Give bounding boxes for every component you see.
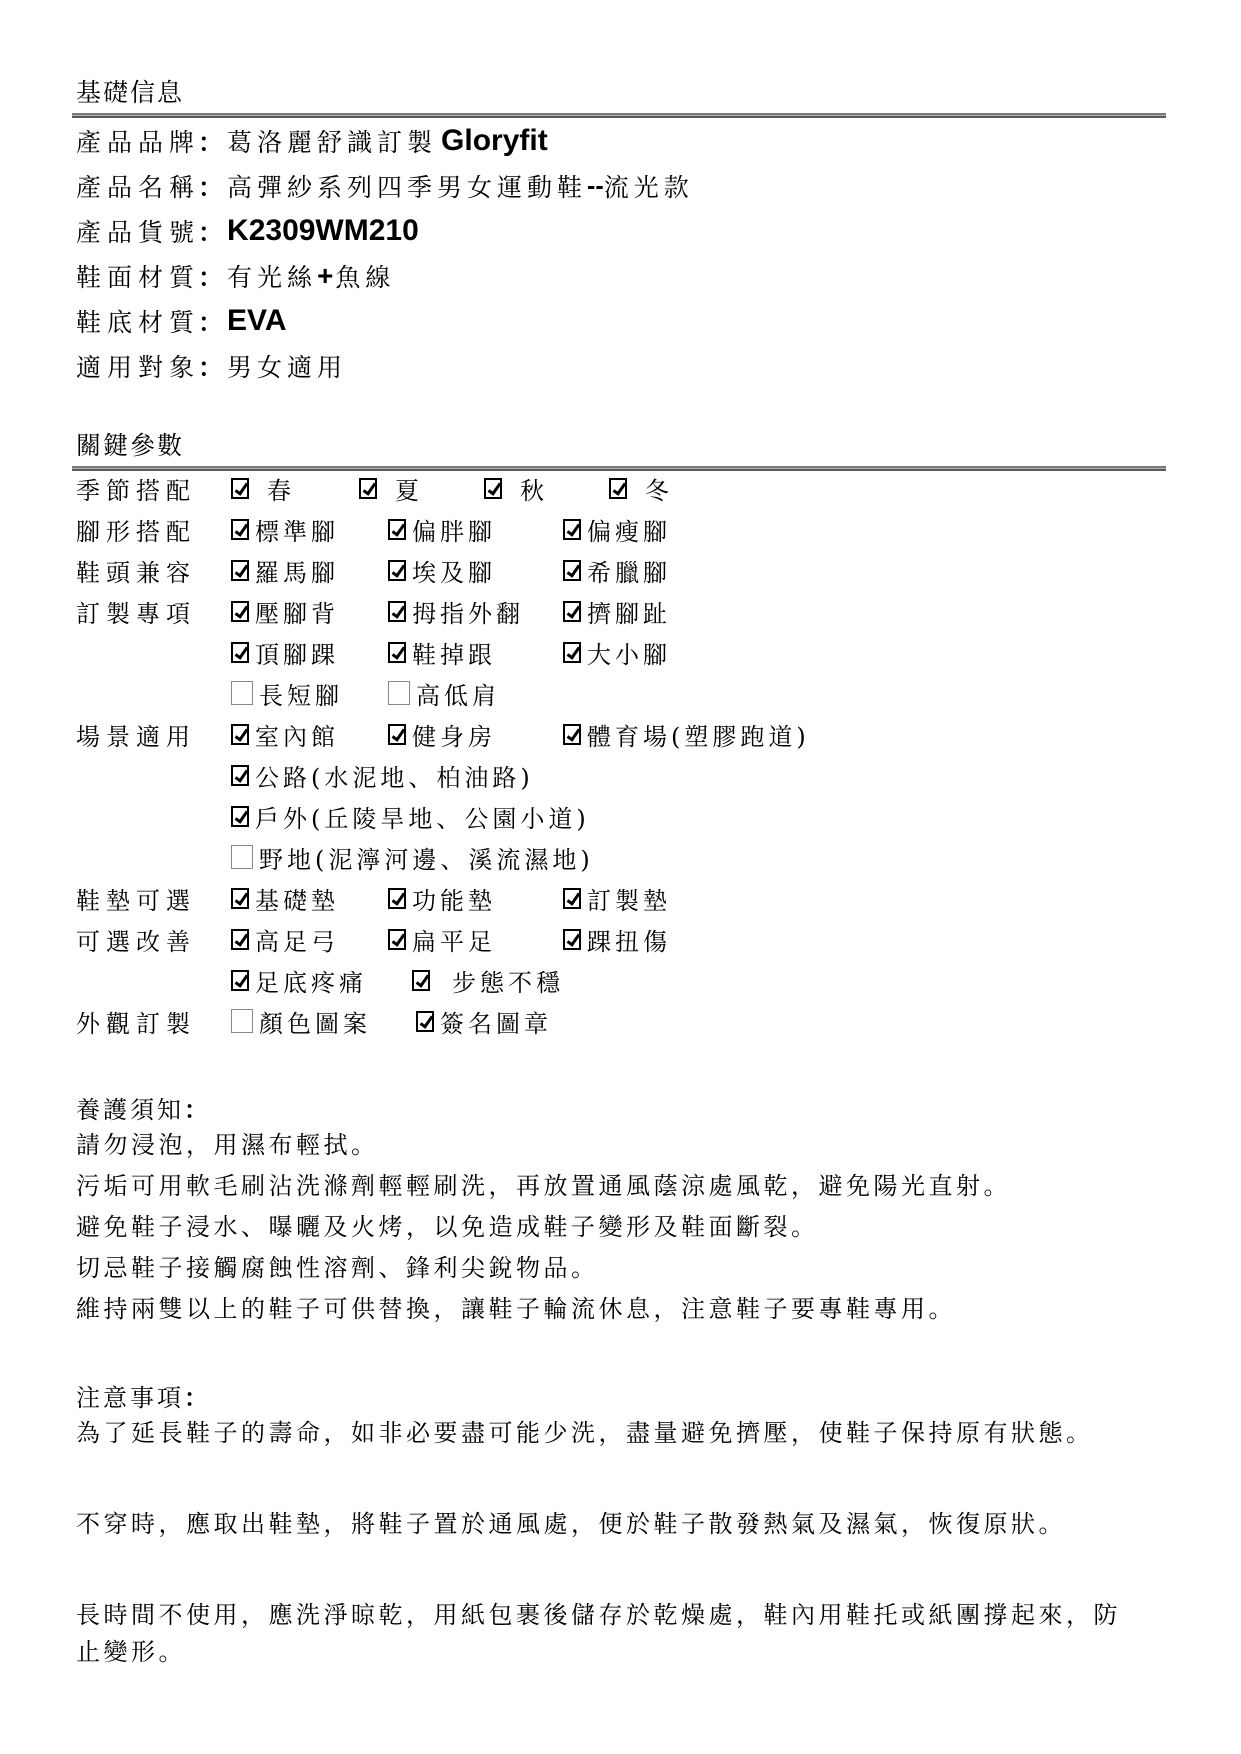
basic-info-title: 基礎信息 [76,78,184,108]
param-option-label: 壓腳背 [255,594,339,629]
info-row-target: 適用對象 ： 男女適用 [76,348,347,384]
param-option-label: 冬 [645,471,673,506]
param-option-label: 高足弓 [255,922,339,957]
param-option-label: 偏瘦腳 [587,512,671,547]
checkbox-checked-icon[interactable] [388,642,406,663]
care-paragraph: 避免鞋子浸水、曝曬及火烤，以免造成鞋子變形及鞋面斷裂。 [76,1209,1166,1246]
param-option[interactable]: 健身房 [388,717,496,752]
param-option-label: 頂腳踝 [255,635,339,670]
param-option-label: 鞋掉跟 [412,635,496,670]
param-option[interactable]: 步態不穩 [412,963,564,998]
checkbox-checked-icon[interactable] [609,478,627,499]
checkbox-checked-icon[interactable] [388,519,406,540]
sku-value: K2309WM210 [227,214,419,248]
checkbox-checked-icon[interactable] [412,970,430,991]
param-option[interactable]: 羅馬腳 [231,553,339,588]
notes-title-colon: ： [184,1384,211,1412]
param-option[interactable]: 埃及腳 [388,553,496,588]
param-option-label: 室內館 [255,717,339,752]
param-option[interactable]: 功能墊 [388,881,496,916]
param-label: 外觀訂製 [76,1004,206,1039]
checkbox-checked-icon[interactable] [388,888,406,909]
param-option[interactable]: 室內館 [231,717,339,752]
param-option[interactable]: 標準腳 [231,512,339,547]
param-option-label: 大小腳 [587,635,671,670]
param-option[interactable]: 春 [231,471,295,506]
param-option[interactable]: 高足弓 [231,922,339,957]
param-option-label: 顏色圖案 [259,1004,371,1039]
param-option-label: 基礎墊 [255,881,339,916]
info-colon: ： [198,168,223,204]
care-title-text: 養護須知 [76,1096,184,1124]
param-option[interactable]: 偏胖腳 [388,512,496,547]
param-option-label: 訂製墊 [587,881,671,916]
info-dash: -- [587,172,604,201]
param-option-label: 擠腳趾 [587,594,671,629]
checkbox-checked-icon[interactable] [388,929,406,950]
checkbox-checked-icon[interactable] [563,560,581,581]
param-option-label: 踝扭傷 [587,922,671,957]
info-label: 產品貨號 [76,213,200,249]
checkbox-unchecked-icon[interactable] [231,1009,253,1033]
param-option[interactable]: 夏 [359,471,423,506]
checkbox-checked-icon[interactable] [231,724,249,745]
param-option[interactable]: 訂製墊 [563,881,671,916]
checkbox-checked-icon[interactable] [231,560,249,581]
checkbox-unchecked-icon[interactable] [388,681,410,705]
checkbox-checked-icon[interactable] [231,929,249,950]
param-option-label: 足底疼痛 [255,963,367,998]
param-option[interactable]: 拇指外翻 [388,594,524,629]
param-option[interactable]: 冬 [609,471,673,506]
param-option-label: 高低肩 [416,676,500,711]
param-option-label: 扁平足 [412,922,496,957]
param-label: 腳形搭配 [76,512,206,547]
checkbox-unchecked-icon[interactable] [231,681,253,705]
key-params-title: 關鍵參數 [76,431,184,461]
param-label: 可選改善 [76,922,206,957]
checkbox-checked-icon[interactable] [359,478,377,499]
checkbox-checked-icon[interactable] [563,642,581,663]
param-option[interactable]: 大小腳 [563,635,671,670]
param-option[interactable]: 公路(水泥地、柏油路) [231,758,534,793]
param-option[interactable]: 希臘腳 [563,553,671,588]
param-label: 季節搭配 [76,471,206,506]
checkbox-checked-icon[interactable] [563,724,581,745]
info-row-brand: 產品品牌 ： 葛洛麗舒識訂製 Gloryfit [76,123,548,159]
param-option-label: 秋 [520,471,548,506]
checkbox-checked-icon[interactable] [231,888,249,909]
param-option-label: 步態不穩 [452,963,564,998]
param-label: 鞋頭兼容 [76,553,206,588]
param-option[interactable]: 踝扭傷 [563,922,671,957]
param-option[interactable]: 野地(泥濘河邊、溪流濕地) [231,840,594,875]
param-option[interactable]: 鞋掉跟 [388,635,496,670]
checkbox-checked-icon[interactable] [563,888,581,909]
param-option-label: 簽名圖章 [440,1004,552,1039]
param-option-label: 偏胖腳 [412,512,496,547]
param-label: 鞋墊可選 [76,881,206,916]
checkbox-checked-icon[interactable] [484,478,502,499]
checkbox-checked-icon[interactable] [563,929,581,950]
param-option[interactable]: 偏瘦腳 [563,512,671,547]
info-value: 男女適用 [227,348,347,384]
brand-name-latin: Gloryfit [441,124,548,158]
info-value-tail: 流光款 [604,168,694,204]
notes-paragraph: 為了延長鞋子的壽命，如非必要盡可能少洗，盡量避免擠壓，使鞋子保持原有狀態。 [76,1415,1136,1452]
param-option-label: 長短腳 [259,676,343,711]
care-paragraph: 切忌鞋子接觸腐蝕性溶劑、鋒利尖銳物品。 [76,1250,1166,1287]
checkbox-checked-icon[interactable] [231,765,249,786]
checkbox-checked-icon[interactable] [416,1011,434,1032]
info-row-sku: 產品貨號 ： K2309WM210 [76,213,419,249]
info-colon: ： [198,213,223,249]
checkbox-checked-icon[interactable] [231,478,249,499]
param-option-label: 標準腳 [255,512,339,547]
checkbox-unchecked-icon[interactable] [231,845,253,869]
care-paragraph: 維持兩雙以上的鞋子可供替換，讓鞋子輪流休息，注意鞋子要專鞋專用。 [76,1291,1166,1328]
info-colon: ： [198,348,223,384]
param-option[interactable]: 壓腳背 [231,594,339,629]
care-title: 養護須知： [76,1090,211,1125]
basic-info-divider [72,113,1166,118]
checkbox-checked-icon[interactable] [231,642,249,663]
param-option[interactable]: 基礎墊 [231,881,339,916]
param-option-label: 戶外(丘陵旱地、公園小道) [255,799,590,834]
info-label: 產品品牌 [76,123,200,159]
param-option-label: 羅馬腳 [255,553,339,588]
checkbox-checked-icon[interactable] [563,601,581,622]
info-colon: ： [198,123,223,159]
param-option[interactable]: 擠腳趾 [563,594,671,629]
info-value: 高彈紗系列四季男女運動鞋 [227,168,587,204]
info-colon: ： [198,258,223,294]
param-option[interactable]: 顏色圖案 [231,1004,371,1039]
info-label: 產品名稱 [76,168,200,204]
checkbox-checked-icon[interactable] [388,560,406,581]
info-row-product-name: 產品名稱 ： 高彈紗系列四季男女運動鞋 -- 流光款 [76,168,694,204]
param-option[interactable]: 扁平足 [388,922,496,957]
notes-paragraph: 不穿時，應取出鞋墊，將鞋子置於通風處，便於鞋子散發熱氣及濕氣，恢復原狀。 [76,1506,1136,1543]
care-paragraph: 請勿浸泡，用濕布輕拭。 [76,1127,1166,1164]
checkbox-checked-icon[interactable] [231,970,249,991]
param-option[interactable]: 頂腳踝 [231,635,339,670]
param-option[interactable]: 簽名圖章 [416,1004,552,1039]
param-option[interactable]: 足底疼痛 [231,963,367,998]
notes-title-text: 注意事項 [76,1384,184,1412]
param-option-label: 夏 [395,471,423,506]
care-title-colon: ： [184,1096,211,1124]
checkbox-checked-icon[interactable] [563,519,581,540]
care-paragraph: 污垢可用軟毛刷沾洗滌劑輕輕刷洗，再放置通風蔭涼處風乾，避免陽光直射。 [76,1168,1166,1205]
info-label: 鞋面材質 [76,258,200,294]
param-option-label: 春 [267,471,295,506]
checkbox-checked-icon[interactable] [231,601,249,622]
info-colon: ： [198,303,223,339]
info-plus: + [317,260,333,292]
param-option[interactable]: 體育場(塑膠跑道) [563,717,810,752]
param-option-label: 野地(泥濘河邊、溪流濕地) [259,840,594,875]
checkbox-checked-icon[interactable] [231,806,249,827]
info-label: 適用對象 [76,348,200,384]
param-label: 場景適用 [76,717,206,752]
param-option-label: 公路(水泥地、柏油路) [255,758,534,793]
info-value-tail: 魚線 [335,258,395,294]
info-label: 鞋底材質 [76,303,200,339]
param-option[interactable]: 高低肩 [388,676,500,711]
info-value: 有光絲 [227,258,317,294]
param-label: 訂製專項 [76,594,206,629]
param-option-label: 體育場(塑膠跑道) [587,717,810,752]
sole-material-value: EVA [227,304,286,338]
param-option-label: 埃及腳 [412,553,496,588]
info-value: 葛洛麗舒識訂製 [227,123,437,159]
checkbox-checked-icon[interactable] [388,724,406,745]
info-row-sole-material: 鞋底材質 ： EVA [76,303,287,339]
param-option-label: 拇指外翻 [412,594,524,629]
notes-title: 注意事項： [76,1378,211,1413]
param-option[interactable]: 長短腳 [231,676,343,711]
param-option-label: 健身房 [412,717,496,752]
info-row-upper-material: 鞋面材質 ： 有光絲 + 魚線 [76,258,395,294]
param-option[interactable]: 秋 [484,471,548,506]
param-option-label: 希臘腳 [587,553,671,588]
param-option-label: 功能墊 [412,881,496,916]
checkbox-checked-icon[interactable] [231,519,249,540]
checkbox-checked-icon[interactable] [388,601,406,622]
notes-paragraph: 長時間不使用，應洗淨晾乾，用紙包裹後儲存於乾燥處，鞋內用鞋托或紙團撐起來，防止變… [76,1597,1136,1671]
param-option[interactable]: 戶外(丘陵旱地、公園小道) [231,799,590,834]
